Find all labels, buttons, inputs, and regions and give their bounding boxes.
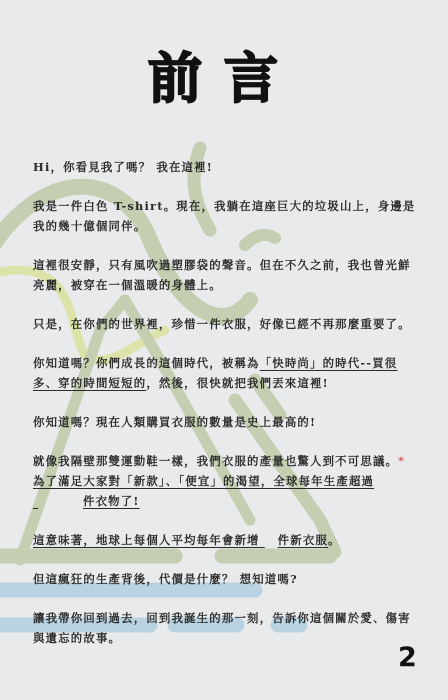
footnote-asterisk: * bbox=[398, 454, 405, 468]
paragraph-quiet: 這裡很安靜，只有風吹過塑膠袋的聲音。但在不久之前，我也曾光鮮亮麗，被穿在一個溫暖… bbox=[33, 255, 417, 295]
text-segment: 。 bbox=[328, 533, 341, 547]
text-segment: ，然後，很快就把我們丟來這裡! bbox=[146, 376, 328, 390]
paragraph-cost: 但這瘋狂的生產背後，代價是什麼？ 想知道嗎? bbox=[33, 569, 417, 589]
blank-number-field bbox=[260, 530, 278, 550]
underlined-text: 件衣物了! bbox=[83, 494, 140, 508]
paragraph-fast-fashion: 你知道嗎？你們成長的這個時代，被稱為「快時尚」的時代--買很多、穿的時間短短的，… bbox=[33, 353, 417, 393]
preface-body: Hi，你看見我了嗎？ 我在這裡! 我是一件白色 T-shirt。現在，我躺在這座… bbox=[33, 157, 417, 667]
paragraph-production: 就像我隔壁那雙運動鞋一樣，我們衣服的產量也驚人到不可思議。*為了滿足大家對「新款… bbox=[33, 451, 417, 511]
paragraph-greeting: Hi，你看見我了嗎？ 我在這裡! bbox=[33, 157, 417, 177]
underlined-text: 為了滿足大家對「新款」、「便宜」的渴望，全球每年生產超過 bbox=[33, 474, 374, 488]
text-segment: 就像我隔壁那雙運動鞋一樣，我們衣服的產量也驚人到不可思議。 bbox=[33, 454, 398, 468]
page-number: 2 bbox=[398, 642, 417, 673]
underlined-text: 這意味著，地球上每個人平均每年會新增 bbox=[33, 533, 260, 547]
paragraph-story: 讓我帶你回到過去，回到我誕生的那一刻，告訴你這個關於愛、傷害與遺忘的故事。 bbox=[33, 608, 417, 648]
paragraph-buying: 你知道嗎？現在人類購買衣服的數量是史上最高的! bbox=[33, 412, 417, 432]
blank-number-field bbox=[33, 491, 83, 511]
paragraph-cherish: 只是，在你們的世界裡，珍惜一件衣服，好像已經不再那麼重要了。 bbox=[33, 314, 417, 334]
underlined-text: 件新衣服 bbox=[278, 533, 328, 547]
page-title: 前言 bbox=[0, 52, 448, 106]
paragraph-intro: 我是一件白色 T-shirt。現在，我躺在這座巨大的垃圾山上，身邊是我的幾十億個… bbox=[33, 196, 417, 236]
paragraph-per-person: 這意味著，地球上每個人平均每年會新增 件新衣服。 bbox=[33, 530, 417, 550]
text-segment: 你知道嗎？你們成長的這個時代，被稱為 bbox=[33, 356, 260, 370]
